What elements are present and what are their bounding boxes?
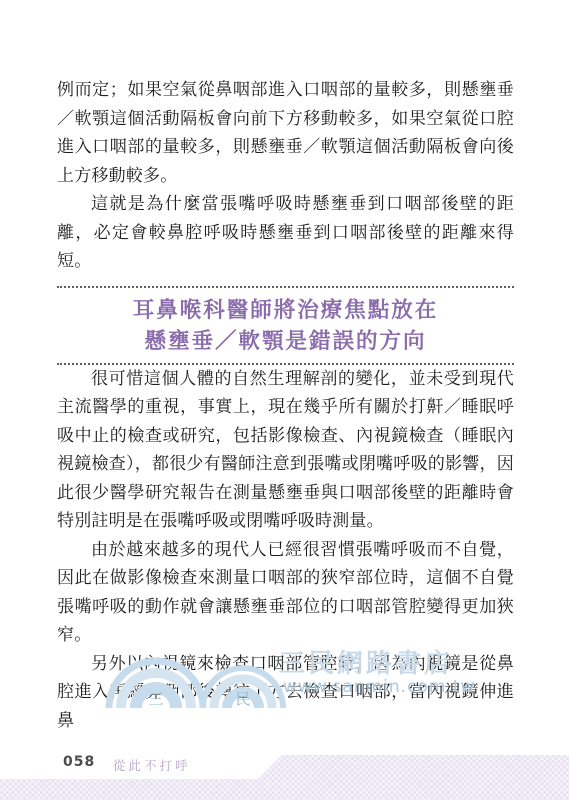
book-page: 例而定；如果空氣從鼻咽部進入口咽部的量較多，則懸壅垂／軟顎這個活動隔板會向前下方…: [0, 0, 569, 800]
paragraph: 例而定；如果空氣從鼻咽部進入口咽部的量較多，則懸壅垂／軟顎這個活動隔板會向前下方…: [57, 76, 514, 190]
running-title: 從此不打呼: [113, 756, 191, 774]
paragraph: 由於越來越多的現代人已經很習慣張嘴呼吸而不自覺，因此在做影像檢查來測量口咽部的狹…: [57, 536, 514, 650]
section-heading-block: 耳鼻喉科醫師將治療焦點放在 懸壅垂／軟顎是錯誤的方向: [57, 286, 514, 365]
section-heading-line-2: 懸壅垂／軟顎是錯誤的方向: [57, 326, 514, 357]
section-heading-line-1: 耳鼻喉科醫師將治療焦點放在: [57, 295, 514, 326]
text-column: 例而定；如果空氣從鼻咽部進入口咽部的量較多，則懸壅垂／軟顎這個活動隔板會向前下方…: [57, 76, 514, 735]
paragraph: 另外以內視鏡來檢查口咽部管腔時，因為內視鏡是從鼻腔進入再經鼻咽部後轉往下方去檢查…: [57, 650, 514, 736]
page-number: 058: [63, 754, 95, 770]
paragraph: 這就是為什麼當張嘴呼吸時懸壅垂到口咽部後壁的距離，必定會較鼻腔呼吸時懸壅垂到口咽…: [57, 190, 514, 276]
paragraph: 很可惜這個人體的自然生理解剖的變化，並未受到現代主流醫學的重視，事實上，現在幾乎…: [57, 365, 514, 536]
